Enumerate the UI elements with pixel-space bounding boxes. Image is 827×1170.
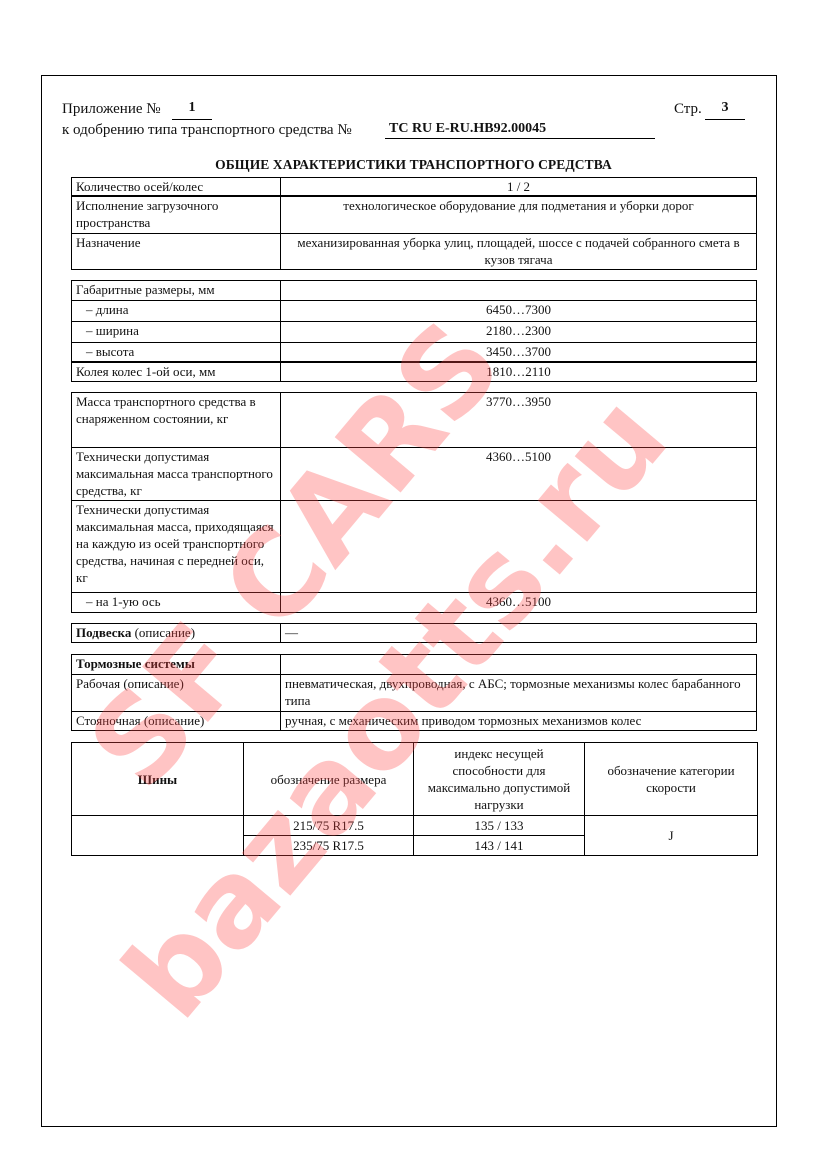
- brakes-table: Тормозные системы Рабочая (описание) пне…: [71, 654, 757, 731]
- row-label: – длина: [72, 301, 281, 322]
- page-label: Стр.: [674, 101, 702, 118]
- table-row: Исполнение загрузочного пространства тех…: [72, 196, 757, 233]
- row-value: —: [281, 624, 757, 643]
- appendix-number-field: 1: [172, 100, 212, 120]
- row-value: 3770…3950: [281, 393, 757, 448]
- table-row: Назначение механизированная уборка улиц,…: [72, 233, 757, 269]
- row-label: Масса транспортного средства в снаряженн…: [72, 393, 281, 448]
- table-row: Колея колес 1-ой оси, мм 1810…2110: [72, 362, 757, 382]
- row-value: 1 / 2: [281, 178, 757, 197]
- row-value: 1810…2110: [281, 362, 757, 382]
- row-label: Рабочая (описание): [72, 675, 281, 712]
- table-row: Масса транспортного средства в снаряженн…: [72, 393, 757, 448]
- tyre-load-index: 143 / 141: [414, 836, 585, 856]
- table-row: Количество осей/колес 1 / 2: [72, 178, 757, 197]
- row-label: Стояночная (описание): [72, 712, 281, 731]
- page-number: 3: [705, 100, 745, 116]
- tyre-size: 215/75 R17.5: [244, 816, 414, 836]
- tyres-table: Шины обозначение размера индекс несущей …: [71, 742, 758, 856]
- appendix-number: 1: [172, 100, 212, 116]
- appendix-label: Приложение №: [62, 101, 161, 118]
- row-value: 4360…5100: [281, 448, 757, 501]
- table-row: Стояночная (описание) ручная, с механиче…: [72, 712, 757, 731]
- document-title: ОБЩИЕ ХАРАКТЕРИСТИКИ ТРАНСПОРТНОГО СРЕДС…: [71, 157, 756, 173]
- table-row: – высота 3450…3700: [72, 343, 757, 362]
- row-value: 3450…3700: [281, 343, 757, 362]
- column-header: обозначение размера: [244, 743, 414, 816]
- table-row: Подвеска (описание) —: [72, 624, 757, 643]
- suspension-label-bold: Подвеска: [76, 625, 131, 640]
- row-value: [281, 501, 757, 593]
- row-label: Исполнение загрузочного пространства: [72, 196, 281, 233]
- approval-number: TC RU E-RU.HB92.00045: [385, 121, 655, 137]
- dimensions-table: Габаритные размеры, мм – длина 6450…7300…: [71, 280, 757, 382]
- tyre-size: 235/75 R17.5: [244, 836, 414, 856]
- general-table: Количество осей/колес 1 / 2 Исполнение з…: [71, 177, 757, 270]
- row-label: Технически допустимая максимальная масса…: [72, 501, 281, 593]
- suspension-table: Подвеска (описание) —: [71, 623, 757, 643]
- table-row: Тормозные системы: [72, 655, 757, 675]
- tyres-empty-cell: [72, 816, 244, 856]
- row-label: – ширина: [72, 322, 281, 343]
- table-row: Рабочая (описание) пневматическая, двухп…: [72, 675, 757, 712]
- suspension-label-rest: (описание): [131, 625, 195, 640]
- row-value: ручная, с механическим приводом тормозны…: [281, 712, 757, 731]
- row-label: – на 1-ую ось: [72, 593, 281, 613]
- page-number-field: 3: [705, 100, 745, 120]
- row-value: [281, 655, 757, 675]
- row-label: Назначение: [72, 233, 281, 269]
- row-label: Колея колес 1-ой оси, мм: [72, 362, 281, 382]
- row-value: [281, 281, 757, 301]
- tyre-load-index: 135 / 133: [414, 816, 585, 836]
- row-label: Технически допустимая максимальная масса…: [72, 448, 281, 501]
- column-header: обозначение категории скорости: [585, 743, 758, 816]
- tyres-header: Шины: [72, 743, 244, 816]
- table-row: – ширина 2180…2300: [72, 322, 757, 343]
- table-header-row: Шины обозначение размера индекс несущей …: [72, 743, 758, 816]
- row-label: – высота: [72, 343, 281, 362]
- row-label: Габаритные размеры, мм: [72, 281, 281, 301]
- row-label: Количество осей/колес: [72, 178, 281, 197]
- table-row: – на 1-ую ось 4360…5100: [72, 593, 757, 613]
- table-row: – длина 6450…7300: [72, 301, 757, 322]
- table-row: Габаритные размеры, мм: [72, 281, 757, 301]
- row-value: механизированная уборка улиц, площадей, …: [281, 233, 757, 269]
- table-row: 215/75 R17.5 135 / 133 J: [72, 816, 758, 836]
- approval-number-field: TC RU E-RU.HB92.00045: [385, 121, 655, 139]
- mass-table: Масса транспортного средства в снаряженн…: [71, 392, 757, 613]
- tyre-speed-category: J: [585, 816, 758, 856]
- row-value: технологическое оборудование для подмета…: [281, 196, 757, 233]
- row-value: 4360…5100: [281, 593, 757, 613]
- column-header: индекс несущей способности для максималь…: [414, 743, 585, 816]
- row-value: пневматическая, двухпроводная, с АБС; то…: [281, 675, 757, 712]
- row-value: 6450…7300: [281, 301, 757, 322]
- row-label: Подвеска (описание): [72, 624, 281, 643]
- approval-label: к одобрению типа транспортного средства …: [62, 122, 352, 139]
- row-label: Тормозные системы: [72, 655, 281, 675]
- table-row: Технически допустимая максимальная масса…: [72, 501, 757, 593]
- table-row: Технически допустимая максимальная масса…: [72, 448, 757, 501]
- row-value: 2180…2300: [281, 322, 757, 343]
